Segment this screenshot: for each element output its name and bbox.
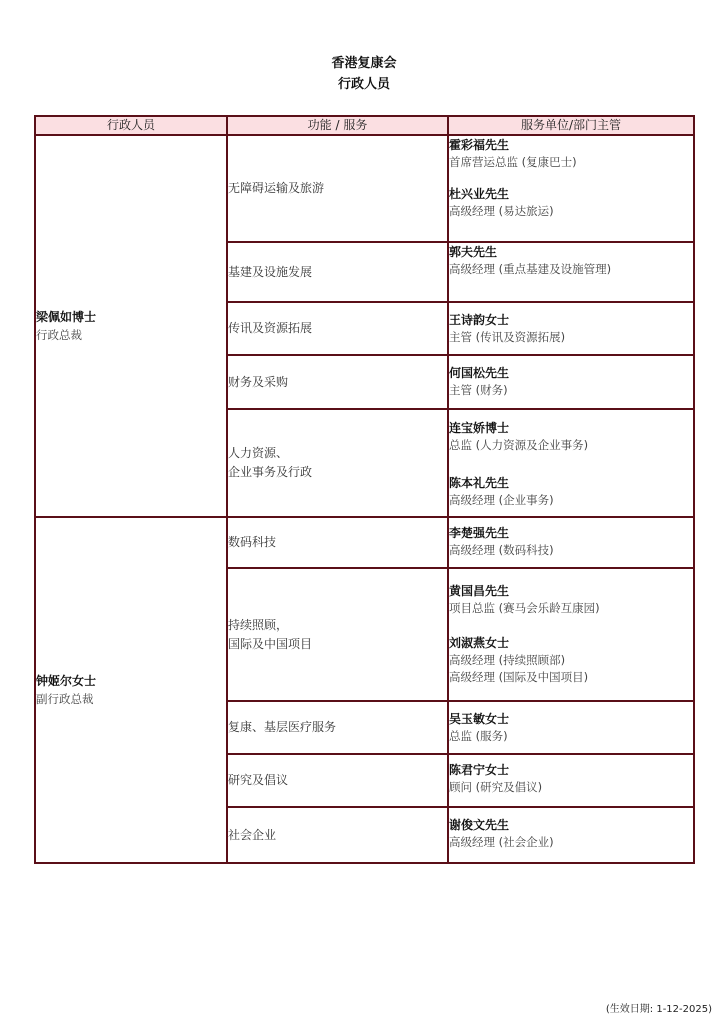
- function-cell: 复康、基层医疗服务: [227, 701, 448, 754]
- organization-title: 香港复康会: [0, 55, 728, 73]
- unit-head-cell: 霍彩福先生 首席营运总监 (复康巴士) 杜兴业先生 高级经理 (易达旅运): [448, 135, 694, 242]
- head-name: 李楚强先生: [449, 524, 693, 542]
- effective-date: (生效日期: 1-12-2025): [606, 1000, 712, 1015]
- head-role: 高级经理 (持续照顾部): [449, 652, 693, 669]
- unit-head-cell: 李楚强先生 高级经理 (数码科技): [448, 517, 694, 568]
- unit-head: 陈本礼先生 高级经理 (企业事务): [449, 474, 693, 509]
- head-name: 黄国昌先生: [449, 582, 693, 600]
- head-role: 主管 (财务): [449, 382, 693, 399]
- executive-cell: 钟姬尔女士 副行政总裁: [35, 517, 227, 863]
- executive-title: 副行政总裁: [36, 690, 226, 708]
- head-name: 陈君宁女士: [449, 761, 693, 779]
- function-label: 复康、基层医疗服务: [228, 718, 447, 737]
- unit-head: 王诗韵女士 主管 (传讯及资源拓展): [449, 311, 693, 346]
- function-cell: 无障碍运输及旅游: [227, 135, 448, 242]
- function-label: 人力资源、: [228, 444, 447, 463]
- unit-head: 杜兴业先生 高级经理 (易达旅运): [449, 185, 693, 220]
- head-role: 项目总监 (赛马会乐龄互康园): [449, 600, 693, 617]
- unit-head: 何国松先生 主管 (财务): [449, 364, 693, 399]
- unit-head-cell: 谢俊文先生 高级经理 (社会企业): [448, 807, 694, 863]
- head-role: 顾问 (研究及倡议): [449, 779, 693, 796]
- function-cell: 传讯及资源拓展: [227, 302, 448, 355]
- head-role: 总监 (人力资源及企业事务): [449, 437, 693, 454]
- page-subtitle: 行政人员: [0, 76, 728, 94]
- function-label: 基建及设施发展: [228, 263, 447, 282]
- head-role: 高级经理 (数码科技): [449, 542, 693, 559]
- head-name: 王诗韵女士: [449, 311, 693, 329]
- unit-head: 连宝娇博士 总监 (人力资源及企业事务): [449, 419, 693, 454]
- executive-org-table: 行政人员 功能 / 服务 服务单位/部门主管 梁佩如博士 行政总裁 无障碍运输及…: [34, 115, 695, 864]
- function-cell: 研究及倡议: [227, 754, 448, 807]
- column-header-function: 功能 / 服务: [227, 116, 448, 135]
- head-role: 高级经理 (重点基建及设施管理): [449, 261, 693, 278]
- unit-head-cell: 陈君宁女士 顾问 (研究及倡议): [448, 754, 694, 807]
- unit-head: 黄国昌先生 项目总监 (赛马会乐龄互康园): [449, 582, 693, 617]
- function-label: 持续照顾，: [228, 616, 447, 635]
- unit-head-cell: 郭夫先生 高级经理 (重点基建及设施管理): [448, 242, 694, 302]
- head-role: 首席营运总监 (复康巴士): [449, 154, 693, 171]
- unit-head-cell: 吴玉敏女士 总监 (服务): [448, 701, 694, 754]
- head-role: 总监 (服务): [449, 728, 693, 745]
- function-label: 数码科技: [228, 533, 447, 552]
- unit-head-cell: 王诗韵女士 主管 (传讯及资源拓展): [448, 302, 694, 355]
- head-role: 高级经理 (企业事务): [449, 492, 693, 509]
- executive-name: 钟姬尔女士: [36, 672, 226, 690]
- function-cell: 财务及采购: [227, 355, 448, 409]
- unit-head: 李楚强先生 高级经理 (数码科技): [449, 524, 693, 559]
- head-name: 吴玉敏女士: [449, 710, 693, 728]
- function-cell: 数码科技: [227, 517, 448, 568]
- function-label: 社会企业: [228, 826, 447, 845]
- head-role: 高级经理 (国际及中国项目): [449, 669, 693, 686]
- head-role: 高级经理 (社会企业): [449, 834, 693, 851]
- function-label: 无障碍运输及旅游: [228, 179, 447, 198]
- head-role: 主管 (传讯及资源拓展): [449, 329, 693, 346]
- unit-head: 陈君宁女士 顾问 (研究及倡议): [449, 761, 693, 796]
- head-name: 陈本礼先生: [449, 474, 693, 492]
- executive-cell: 梁佩如博士 行政总裁: [35, 135, 227, 517]
- head-name: 何国松先生: [449, 364, 693, 382]
- column-header-unit-head: 服务单位/部门主管: [448, 116, 694, 135]
- table-header-row: 行政人员 功能 / 服务 服务单位/部门主管: [35, 116, 694, 135]
- head-name: 连宝娇博士: [449, 419, 693, 437]
- table-row: 钟姬尔女士 副行政总裁 数码科技 李楚强先生 高级经理 (数码科技): [35, 517, 694, 568]
- unit-head-cell: 黄国昌先生 项目总监 (赛马会乐龄互康园) 刘淑燕女士 高级经理 (持续照顾部)…: [448, 568, 694, 701]
- function-cell: 持续照顾， 国际及中国项目: [227, 568, 448, 701]
- head-name: 谢俊文先生: [449, 816, 693, 834]
- head-name: 霍彩福先生: [449, 136, 693, 154]
- unit-head: 郭夫先生 高级经理 (重点基建及设施管理): [449, 243, 693, 278]
- head-role: 高级经理 (易达旅运): [449, 203, 693, 220]
- head-name: 郭夫先生: [449, 243, 693, 261]
- function-label: 财务及采购: [228, 373, 447, 392]
- function-cell: 社会企业: [227, 807, 448, 863]
- unit-head: 霍彩福先生 首席营运总监 (复康巴士): [449, 136, 693, 171]
- column-header-executive: 行政人员: [35, 116, 227, 135]
- unit-head-cell: 连宝娇博士 总监 (人力资源及企业事务) 陈本礼先生 高级经理 (企业事务): [448, 409, 694, 517]
- function-cell: 人力资源、 企业事务及行政: [227, 409, 448, 517]
- executive-title: 行政总裁: [36, 326, 226, 344]
- unit-head: 刘淑燕女士 高级经理 (持续照顾部) 高级经理 (国际及中国项目): [449, 634, 693, 686]
- unit-head-cell: 何国松先生 主管 (财务): [448, 355, 694, 409]
- executive-name: 梁佩如博士: [36, 308, 226, 326]
- function-label: 研究及倡议: [228, 771, 447, 790]
- head-name: 杜兴业先生: [449, 185, 693, 203]
- unit-head: 吴玉敏女士 总监 (服务): [449, 710, 693, 745]
- table-row: 梁佩如博士 行政总裁 无障碍运输及旅游 霍彩福先生 首席营运总监 (复康巴士) …: [35, 135, 694, 242]
- head-name: 刘淑燕女士: [449, 634, 693, 652]
- function-cell: 基建及设施发展: [227, 242, 448, 302]
- unit-head: 谢俊文先生 高级经理 (社会企业): [449, 816, 693, 851]
- function-label: 国际及中国项目: [228, 635, 447, 654]
- function-label: 传讯及资源拓展: [228, 319, 447, 338]
- function-label: 企业事务及行政: [228, 463, 447, 482]
